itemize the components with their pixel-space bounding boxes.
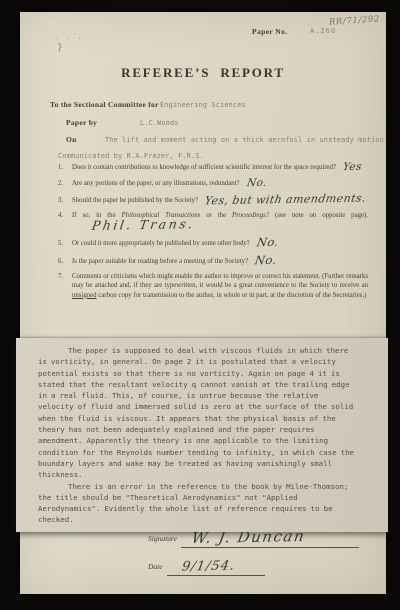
question-number: 5. [58,239,72,248]
question-item-4: 4.If so, in the Philosophical Transactio… [58,211,368,232]
comment-paragraph: The paper is supposed to deal with visco… [38,345,354,481]
staple-marks: · · · [56,34,84,43]
question-text-segment: Or could it more appropriately be publis… [72,240,250,247]
typewritten-comments-sheet: The paper is supposed to deal with visco… [16,338,388,532]
question-text-segment: Comments or criticisms which might enabl… [72,273,368,289]
committee-value: Engineering Sciences [160,101,246,109]
archive-reference-pencil-note: RR/71/292 [329,14,381,28]
paper-by-value: L.C.Woods [140,119,179,127]
question-text-segment: or the [200,212,232,219]
on-label: On [66,135,77,144]
pencil-bracket-mark: } [57,43,63,53]
question-number: 2. [58,179,72,188]
comments-paragraphs: The paper is supposed to deal with visco… [16,345,388,526]
on-value: The lift and moment acting on a thick ae… [105,136,384,144]
question-number: 1. [58,163,72,172]
communicated-by-line: Communicated by R.A.Frazer, F.R.S. [58,152,204,160]
question-item-2: 2.Are any portions of the paper, or any … [58,178,368,188]
handwritten-answer: No. [256,237,279,247]
question-item-6: 6.Is the paper suitable for reading befo… [58,255,368,266]
question-text-segment: Is the paper suitable for reading before… [72,258,248,265]
question-item-5: 5.Or could it more appropriately be publ… [58,237,368,248]
question-item-1: 1.Does it contain contributions to knowl… [58,162,368,172]
handwritten-answer: No. [246,178,268,188]
question-text-segment: Does it contain contributions to knowled… [72,164,336,171]
question-text-segment: carbon copy for transmission to the auth… [97,292,367,299]
questions-list: 1.Does it contain contributions to knowl… [58,162,368,306]
paper-no-label: Paper No. [252,27,288,36]
date-handwritten-value: 9/1/54. [180,560,235,574]
handwritten-answer: Yes, but with amendments. [204,193,367,206]
question-text-segment: unsigned [72,292,97,299]
date-label: Date [148,562,163,571]
question-item-3: 3.Should the paper be published by the S… [58,195,368,205]
handwritten-answer: No. [254,255,277,265]
signature-label: Signature [148,534,177,543]
committee-label: To the Sectional Committee for [50,100,159,109]
question-text-segment: Should the paper be published by the Soc… [72,197,198,204]
question-item-7: 7.Comments or criticisms which might ena… [58,272,368,300]
question-text-segment: Are any portions of the paper, or any il… [72,180,240,187]
question-text-segment: Proceedings? [232,212,269,219]
date-line: 9/1/54. [167,556,265,576]
question-number: 3. [58,196,72,205]
question-number: 4. [58,211,72,220]
date-row: Date 9/1/54. [148,556,265,576]
page-title: REFEREE’S REPORT [20,65,386,81]
paper-by-label: Paper by [66,118,97,127]
question-text-segment: (see note on opposite page). [269,212,368,219]
question-number: 6. [58,257,72,266]
question-number: 7. [58,272,72,281]
paper-no-value: A.260 [310,27,336,35]
handwritten-answer: Phil. Trans. [91,219,195,231]
comment-paragraph: There is an error in the reference to th… [38,481,354,526]
handwritten-answer: Yes [342,162,362,172]
